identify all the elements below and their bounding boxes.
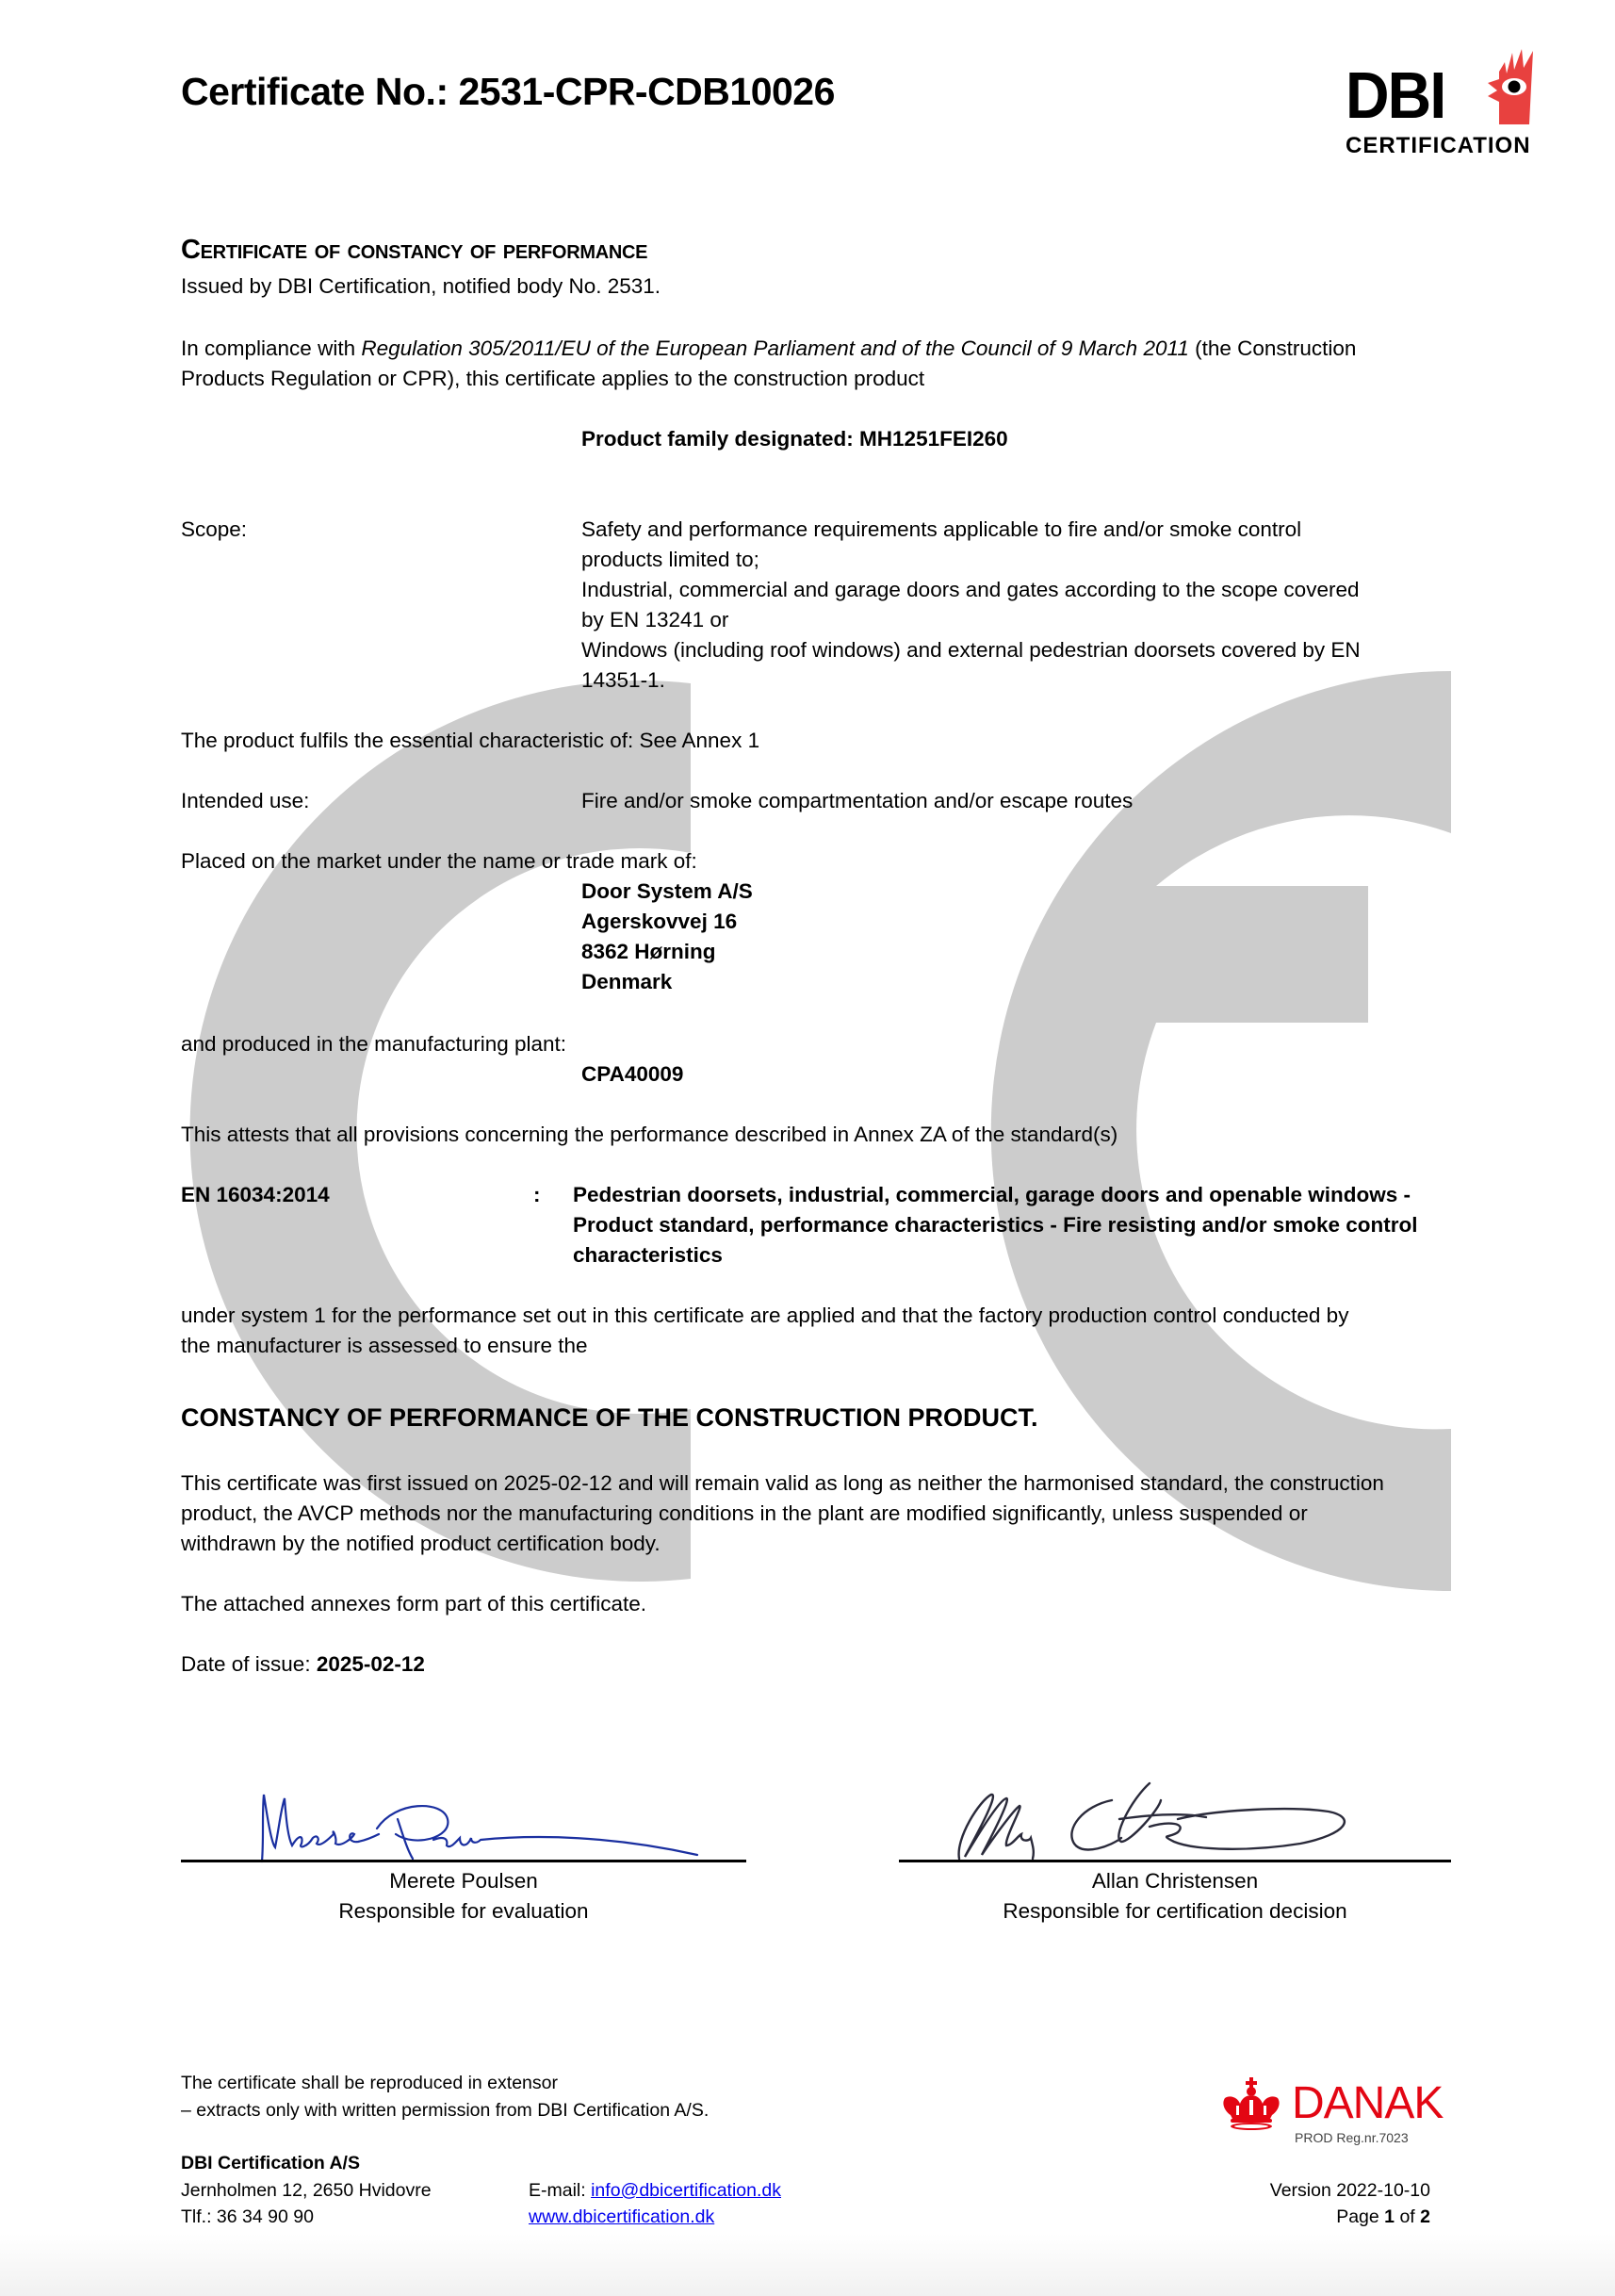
validity-text-line: product, the AVCP methods nor the manufa… — [181, 1499, 1308, 1529]
date-of-issue: Date of issue: 2025-02-12 — [181, 1649, 425, 1680]
validity-text-line: This certificate was first issued on 202… — [181, 1468, 1384, 1499]
dbi-firebird-eye-icon — [1486, 49, 1535, 124]
email-row: E-mail: info@dbicertification.dk — [529, 2177, 781, 2205]
standard-separator: : — [533, 1180, 541, 1210]
signatory-role: Responsible for certification decision — [899, 1896, 1451, 1927]
standard-title-line: characteristics — [573, 1240, 723, 1271]
company-phone: Tlf.: 36 34 90 90 — [181, 2204, 314, 2231]
standard-code: EN 16034:2014 — [181, 1180, 330, 1210]
manufacturer-street: Agerskovvej 16 — [581, 907, 737, 937]
signature-line-left — [181, 1860, 746, 1862]
scope-line: 14351-1. — [581, 665, 665, 696]
email-link[interactable]: info@dbicertification.dk — [591, 2180, 781, 2201]
document-version: Version 2022-10-10 — [1253, 2177, 1430, 2205]
page-prefix: Page — [1336, 2206, 1384, 2227]
date-of-issue-label: Date of issue: — [181, 1652, 317, 1676]
manufacturer-city: 8362 Hørning — [581, 937, 716, 967]
website-row: www.dbicertification.dk — [529, 2204, 714, 2231]
scope-line: products limited to; — [581, 545, 759, 575]
website-link[interactable]: www.dbicertification.dk — [529, 2206, 714, 2227]
scope-line: Windows (including roof windows) and ext… — [581, 635, 1361, 665]
reproduction-notice-line: – extracts only with written permission … — [181, 2097, 709, 2124]
company-address: Jernholmen 12, 2650 Hvidovre — [181, 2177, 432, 2205]
document-heading: Certificate of constancy of performance — [181, 235, 647, 266]
standard-title-line: Product standard, performance characteri… — [573, 1210, 1418, 1240]
danak-crown-icon — [1221, 2077, 1281, 2130]
compliance-prefix: In compliance with — [181, 336, 361, 360]
scope-label: Scope: — [181, 515, 247, 545]
market-label: Placed on the market under the name or t… — [181, 846, 697, 877]
page-total: 2 — [1420, 2206, 1430, 2227]
compliance-suffix: (the Construction — [1189, 336, 1357, 360]
intended-use-label: Intended use: — [181, 786, 309, 816]
danak-registration: PROD Reg.nr.7023 — [1295, 2130, 1409, 2145]
dbi-logo-subtitle: CERTIFICATION — [1346, 134, 1531, 158]
regulation-reference: Regulation 305/2011/EU of the European P… — [361, 336, 1189, 360]
standard-title-line: Pedestrian doorsets, industrial, commerc… — [573, 1180, 1411, 1210]
page-current: 1 — [1384, 2206, 1395, 2227]
constancy-heading: CONSTANCY OF PERFORMANCE OF THE CONSTRUC… — [181, 1401, 1038, 1435]
signature-allan-christensen — [952, 1772, 1404, 1866]
manufacturer-name: Door System A/S — [581, 877, 753, 907]
scope-line: by EN 13241 or — [581, 605, 728, 635]
compliance-text-line2: Products Regulation or CPR), this certif… — [181, 364, 924, 394]
validity-text-line: withdrawn by the notified product certif… — [181, 1529, 661, 1559]
intended-use-value: Fire and/or smoke compartmentation and/o… — [581, 786, 1133, 816]
dbi-certification-logo: DBI CERTIFICATION — [1343, 49, 1536, 160]
product-family: Product family designated: MH1251FEI260 — [581, 424, 1008, 454]
system-text-line: the manufacturer is assessed to ensure t… — [181, 1331, 588, 1361]
signature-line-right — [899, 1860, 1451, 1862]
manufacturer-country: Denmark — [581, 967, 672, 997]
annexes-text: The attached annexes form part of this c… — [181, 1589, 646, 1619]
danak-accreditation-logo: DANAK PROD Reg.nr.7023 — [1221, 2074, 1438, 2147]
scope-line: Industrial, commercial and garage doors … — [581, 575, 1359, 605]
system-text-line: under system 1 for the performance set o… — [181, 1301, 1348, 1331]
scope-line: Safety and performance requirements appl… — [581, 515, 1301, 545]
attests-text: This attests that all provisions concern… — [181, 1120, 1117, 1150]
compliance-text-line1: In compliance with Regulation 305/2011/E… — [181, 334, 1356, 364]
dbi-logo-wordmark: DBI — [1346, 62, 1444, 128]
signature-merete-poulsen — [254, 1781, 707, 1866]
signatory-role: Responsible for evaluation — [181, 1896, 746, 1927]
plant-code: CPA40009 — [581, 1059, 683, 1090]
danak-wordmark: DANAK — [1292, 2081, 1443, 2126]
company-name: DBI Certification A/S — [181, 2150, 360, 2177]
certificate-number: Certificate No.: 2531-CPR-CDB10026 — [181, 70, 835, 114]
essential-characteristic: The product fulfils the essential charac… — [181, 726, 759, 756]
signatory-name: Merete Poulsen — [181, 1866, 746, 1896]
email-label: E-mail: — [529, 2180, 591, 2201]
signatory-name: Allan Christensen — [899, 1866, 1451, 1896]
page-of: of — [1395, 2206, 1420, 2227]
date-of-issue-value: 2025-02-12 — [317, 1652, 425, 1676]
page-indicator: Page 1 of 2 — [1253, 2204, 1430, 2231]
plant-label: and produced in the manufacturing plant: — [181, 1029, 566, 1059]
issued-by-text: Issued by DBI Certification, notified bo… — [181, 271, 661, 302]
reproduction-notice-line: The certificate shall be reproduced in e… — [181, 2070, 558, 2097]
